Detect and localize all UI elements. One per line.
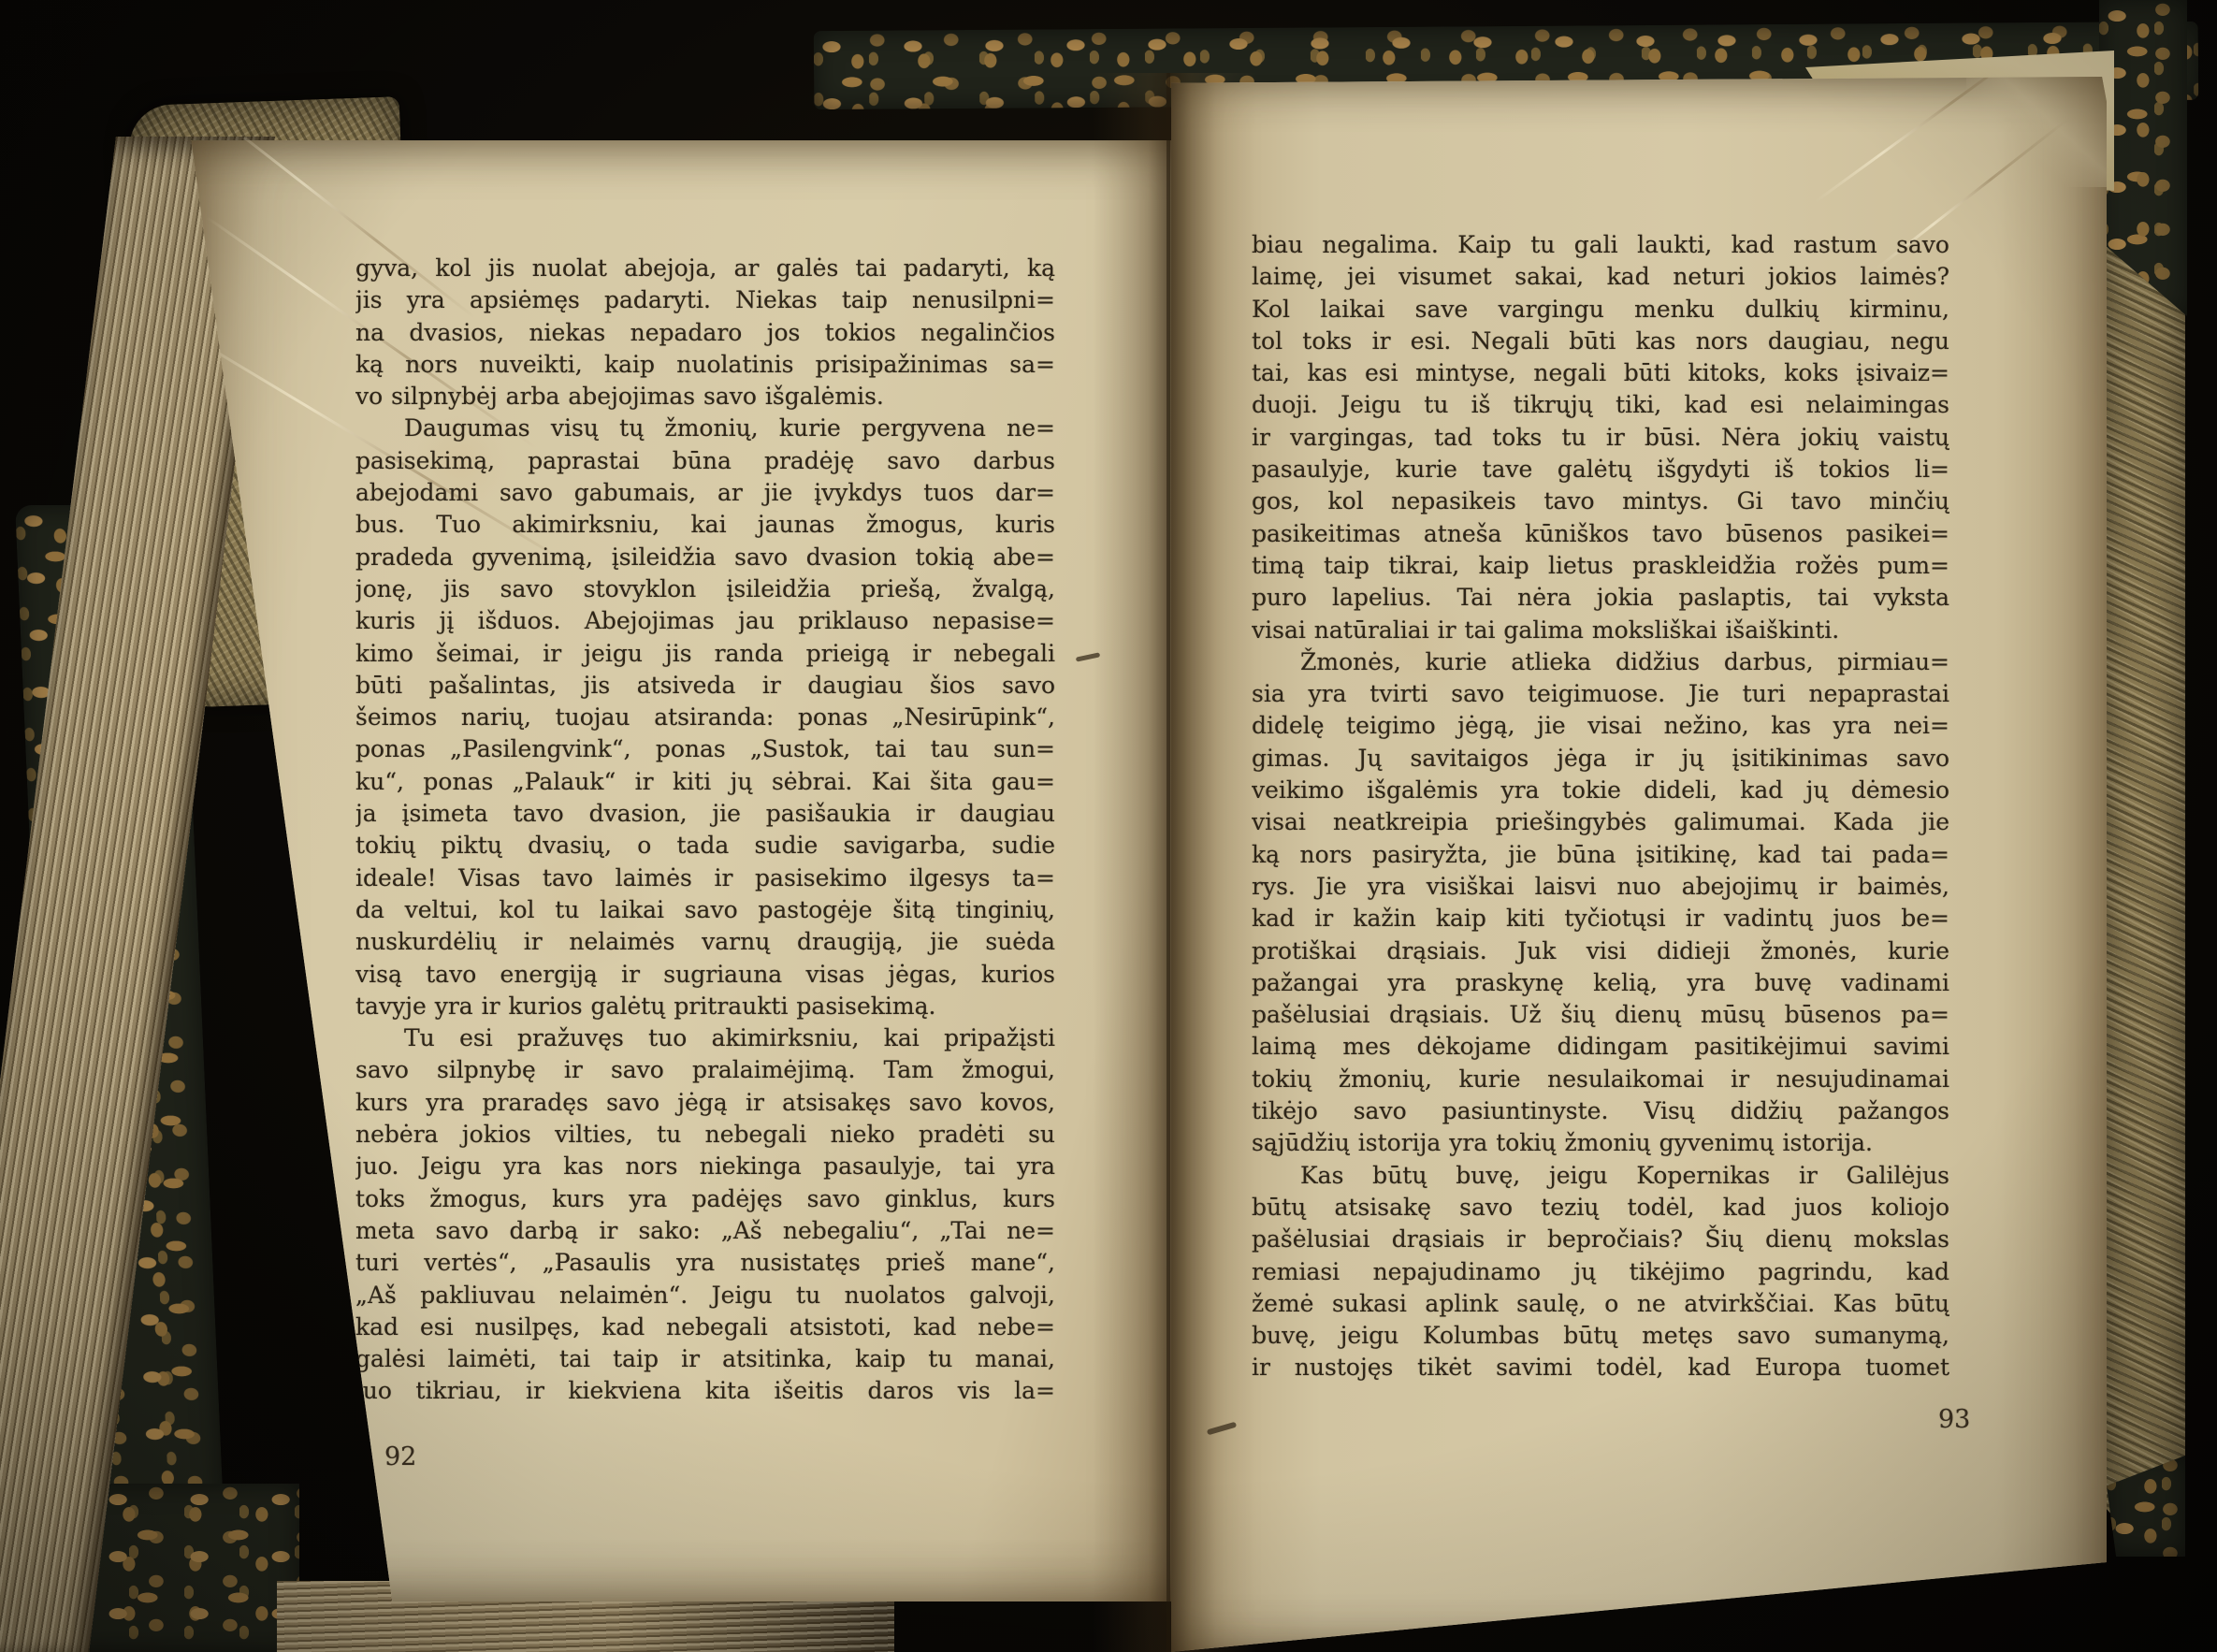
text-line: puro lapelius. Tai nėra jokia paslaptis,… (1252, 582, 1949, 614)
text-line: tokių piktų dvasių, o tada sudie savigar… (355, 830, 1055, 862)
left-page-number: 92 (384, 1442, 416, 1471)
text-line: visai neatkreipia priešingybės galimumai… (1252, 806, 1949, 838)
text-line: gyva, kol jis nuolat abejoja, ar galės t… (355, 253, 1055, 284)
text-line: veikimo išgalėmis yra tokie dideli, kad … (1252, 775, 1949, 806)
text-line: būti pašalintas, jis atsiveda ir daugiau… (355, 670, 1055, 702)
text-line: laimą mes dėkojame didingam pasitikėjimu… (1252, 1031, 1949, 1063)
text-line: da veltui, kol tu laikai savo pastogėje … (355, 894, 1055, 926)
text-line: toks žmogus, kurs yra padėjęs savo ginkl… (355, 1183, 1055, 1215)
text-line: pažangai yra praskynę kelią, yra buvę va… (1252, 967, 1949, 999)
text-line: kad ir kažin kaip kiti tyčiotųsi ir vadi… (1252, 903, 1949, 935)
text-line: „Aš pakliuvau nelaimėn“. Jeigu tu nuolat… (355, 1280, 1055, 1311)
text-line: sia yra tvirti savo teigimuose. Jie turi… (1252, 678, 1949, 710)
text-line: Žmonės, kurie atlieka didžius darbus, pi… (1252, 646, 1949, 678)
text-line: ir nustojęs tikėt savimi todėl, kad Euro… (1252, 1352, 1949, 1384)
text-line: remiasi nepajudinamo jų tikėjimo pagrind… (1252, 1256, 1949, 1288)
text-line: na dvasios, niekas nepadaro jos tokios n… (355, 317, 1055, 349)
text-line: ką nors pasiryžta, jie būna įsitikinę, k… (1252, 839, 1949, 871)
text-line: didelę teigimo jėgą, jie visai nežino, k… (1252, 710, 1949, 742)
text-line: ideale! Visas tavo laimės ir pasisekimo … (355, 862, 1055, 894)
text-line: protiškai drąsiais. Juk visi didieji žmo… (1252, 935, 1949, 967)
text-line: tikėjo savo pasiuntinyste. Visų didžių p… (1252, 1095, 1949, 1127)
text-line: Tu esi pražuvęs tuo akimirksniu, kai pri… (355, 1022, 1055, 1054)
right-page: biau negalima. Kaip tu gali laukti, kad … (1171, 77, 2107, 1652)
right-page-text: biau negalima. Kaip tu gali laukti, kad … (1252, 229, 1949, 1384)
text-line: tol toks ir esi. Negali būti kas nors da… (1252, 326, 1949, 357)
text-line: kad esi nusilpęs, kad nebegali atsistoti… (355, 1311, 1055, 1343)
text-line: pasikeitimas atneša kūniškos tavo būseno… (1252, 518, 1949, 550)
text-line: timą taip tikrai, kaip lietus praskleidž… (1252, 550, 1949, 582)
left-page-text: gyva, kol jis nuolat abejoja, ar galės t… (355, 253, 1055, 1408)
text-line: tavyje yra ir kurios galėtų pritraukti p… (355, 991, 1055, 1022)
text-line: šeimos narių, tuojau atsiranda: ponas „N… (355, 702, 1055, 733)
text-line: juo tikriau, ir kiekviena kita išeitis d… (355, 1375, 1055, 1407)
text-line: meta savo darbą ir sako: „Aš nebegaliu“,… (355, 1215, 1055, 1247)
text-line: ir vargingas, tad toks tu ir būsi. Nėra … (1252, 422, 1949, 454)
right-page-number: 93 (1938, 1405, 1970, 1434)
text-line: tai, kas esi mintyse, negali būti kitoks… (1252, 357, 1949, 389)
text-line: gos, kol nepasikeis tavo mintys. Gi tavo… (1252, 485, 1949, 517)
text-line: jis yra apsiėmęs padaryti. Niekas taip n… (355, 284, 1055, 316)
text-line: savo silpnybę ir savo pralaimėjimą. Tam … (355, 1054, 1055, 1086)
text-line: ponas „Pasilengvink“, ponas „Sustok, tai… (355, 733, 1055, 765)
text-line: Daugumas visų tų žmonių, kurie pergyvena… (355, 413, 1055, 444)
text-line: pradeda gyvenimą, įsileidžia savo dvasio… (355, 542, 1055, 573)
text-line: bus. Tuo akimirksniu, kai jaunas žmogus,… (355, 509, 1055, 541)
text-line: gimas. Jų savitaigos jėga ir jų įsitikin… (1252, 743, 1949, 775)
text-line: laimę, jei visumet sakai, kad neturi jok… (1252, 261, 1949, 293)
text-line: pasaulyje, kurie tave galėtų išgydyti iš… (1252, 454, 1949, 485)
text-line: tokių žmonių, kurie nesulaikomai ir nesu… (1252, 1064, 1949, 1095)
text-line: pašėlusiai drąsiais ir bepročiais? Šių d… (1252, 1224, 1949, 1255)
text-line: biau negalima. Kaip tu gali laukti, kad … (1252, 229, 1949, 261)
text-line: nuskurdėlių ir nelaimės varnų draugiją, … (355, 926, 1055, 958)
text-line: žemė sukasi aplink saulę, o ne atvirkšči… (1252, 1288, 1949, 1320)
text-line: Kol laikai save vargingu menku dulkių ki… (1252, 294, 1949, 326)
text-line: duoji. Jeigu tu iš tikrųjų tiki, kad esi… (1252, 389, 1949, 421)
text-line: abejodami savo gabumais, ar jie įvykdys … (355, 477, 1055, 509)
text-line: juo. Jeigu yra kas nors niekinga pasauly… (355, 1151, 1055, 1182)
text-line: kimo šeimai, ir jeigu jis randa prieigą … (355, 638, 1055, 670)
text-line: Kas būtų buvę, jeigu Kopernikas ir Galil… (1252, 1160, 1949, 1192)
text-line: ką nors nuveikti, kaip nuolatinis prisip… (355, 349, 1055, 381)
text-line: sąjūdžių istorija yra tokių žmonių gyven… (1252, 1127, 1949, 1159)
text-line: buvę, jeigu Kolumbas būtų metęs savo sum… (1252, 1320, 1949, 1352)
text-line: rys. Jie yra visiškai laisvi nuo abejoji… (1252, 871, 1949, 903)
dog-ear-fold (1966, 77, 2107, 187)
text-line: nebėra jokios vilties, tu nebegali nieko… (355, 1119, 1055, 1151)
text-line: ja įsimeta tavo dvasion, jie pasišaukia … (355, 798, 1055, 830)
text-line: ku“, ponas „Palauk“ ir kiti jų sėbrai. K… (355, 766, 1055, 798)
text-line: kurs yra praradęs savo jėgą ir atsisakęs… (355, 1087, 1055, 1119)
text-line: jonę, jis savo stovyklon įsileidžia prie… (355, 573, 1055, 605)
text-line: pašėlusiai drąsiais. Už šių dienų mūsų b… (1252, 999, 1949, 1031)
text-line: kuris jį išduos. Abejojimas jau priklaus… (355, 605, 1055, 637)
text-line: visą tavo energiją ir sugriauna visas jė… (355, 959, 1055, 991)
text-line: vo silpnybėj arba abejojimas savo išgalė… (355, 381, 1055, 413)
text-line: pasisekimą, paprastai būna pradėję savo … (355, 445, 1055, 477)
text-line: būtų atsisakę savo tezių todėl, kad juos… (1252, 1192, 1949, 1224)
text-line: visai natūraliai ir tai galima moksliška… (1252, 615, 1949, 646)
text-line: galėsi laimėti, tai taip ir atsitinka, k… (355, 1343, 1055, 1375)
text-line: turi vertės“, „Pasaulis yra nusistatęs p… (355, 1247, 1055, 1279)
